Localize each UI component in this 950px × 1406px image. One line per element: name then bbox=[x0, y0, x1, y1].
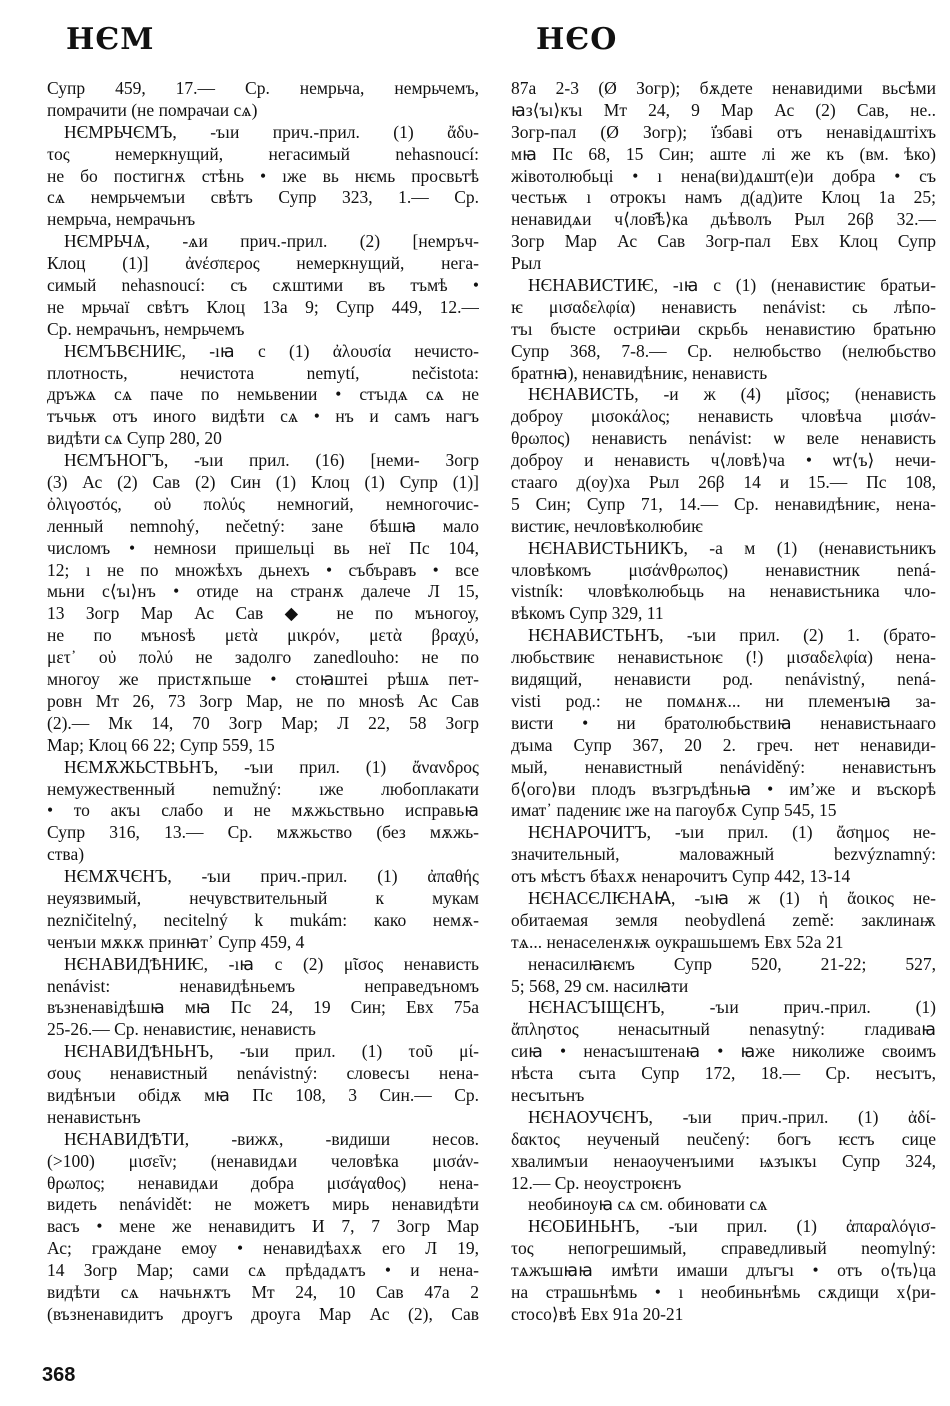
entry-headline: НЄМРЬЧЄМЪ, -ъıи прич.-прил. (1) ἄδυ- bbox=[47, 122, 479, 144]
entry-line: имат᾽ падениѥ ıже на пагоубѫ Супр 545, 1… bbox=[511, 800, 936, 822]
entry-line: мꙗ Пс 68, 15 Син; аште лі же къ (вм. ѣко… bbox=[511, 144, 936, 166]
entry-headline: НЄНАВИСТИѤ, -ıꙗ с (1) (ненавистиѥ братьи… bbox=[511, 275, 936, 297]
entry-headline: НЄНАОУЧЄНЪ, -ъıи прич.-прил. (1) ἀδί- bbox=[511, 1107, 936, 1129]
entry-line: δακτος неученый neučený: богъ ѥстъ сице bbox=[511, 1129, 936, 1151]
entry-line: видѣнъıи обідѫ мꙗ Пс 108, 3 Син.— Ср. bbox=[47, 1085, 479, 1107]
entry-line: τος непогрешимый, справедливый neomylný: bbox=[511, 1238, 936, 1260]
entry-line: немужественный nemužný: ıже любоплакати bbox=[47, 779, 479, 801]
entry-line: тъчьѭ отъ иного видѣти сѧ • нъ и самъ на… bbox=[47, 406, 479, 428]
entry-line: ненавидѧи ч⟨лов҄ѣ⟩ка дьѣволъ Рыл 26β 32.… bbox=[511, 209, 936, 231]
entry-line: мьни с⟨ъı⟩нъ • отиде на странѫ далече Л … bbox=[47, 581, 479, 603]
entry-line: отъ мѣстъ бѣахѫ ненарочитъ Супр 442, 13-… bbox=[511, 866, 936, 888]
entry-line: тѧжъшꙗꙗ имѣти имаши длъгъı • отъ о⟨ть⟩ца bbox=[511, 1260, 936, 1282]
entry-line: (2).— Мк 14, 70 Зогр Мар; Л 22, 58 Зогр bbox=[47, 713, 479, 735]
entry-line: ὀλιγοστός, οὐ πολύς немногий, немногочис… bbox=[47, 494, 479, 516]
entry-line: значительный, маловажный bezvýznamný: bbox=[511, 844, 936, 866]
entry-line: ненавистьнъ bbox=[47, 1107, 479, 1129]
entry-line: Ср. немрачьнъ, немрьчемъ bbox=[47, 319, 479, 341]
entry-line: μετ᾽ οὐ πολύ не задолго zanedlouho: не п… bbox=[47, 647, 479, 669]
entry-line: (>100) μισεῖν; (ненавидѧи человѣка μισάν… bbox=[47, 1151, 479, 1173]
entry-headline: НЄНАВИСТЬ, -и ж (4) μῖσος; (ненависть bbox=[511, 384, 936, 406]
entry-line: неуязвимый, нечувствительный к мукам bbox=[47, 888, 479, 910]
entry-line: Супр 316, 13.— Ср. мѫжьство (без мѫжь- bbox=[47, 822, 479, 844]
entry-line: плотность, нечистота nemytí, nečistota: bbox=[47, 363, 479, 385]
entry-line: Супр 368, 7-8.— Ср. нелюбьство (нелюбьст… bbox=[511, 341, 936, 363]
entry-line: видѣти сѧ начьнѫтъ Мт 24, 10 Сав 47а 2 bbox=[47, 1282, 479, 1304]
entry-line: Зогр-пал (Ø Зогр); ї҆збаві отъ ненавідѧш… bbox=[511, 122, 936, 144]
entry-line: σους ненавистный nenávistný: словесъı не… bbox=[47, 1063, 479, 1085]
entry-line: видящий, ненависти род. nenávistný, nená… bbox=[511, 669, 936, 691]
entry-line: не мрьчаї свѣтъ Клоц 13а 9; Супр 449, 12… bbox=[47, 297, 479, 319]
entry-line: братнꙗ), ненавидѣниѥ, ненависть bbox=[511, 363, 936, 385]
entry-line: ства) bbox=[47, 844, 479, 866]
entry-line: немрьча, немрачьнъ bbox=[47, 209, 479, 231]
entry-headline: НЄНАВИДѢНЬНЪ, -ъıи прил. (1) τοῦ μί- bbox=[47, 1041, 479, 1063]
entry-line: 14 Зогр Мар; сами сѧ прѣдадѧтъ • и нена- bbox=[47, 1260, 479, 1282]
entry-line: Клоц (1)] ἀνέσπερος немеркнущий, нега- bbox=[47, 253, 479, 275]
entry-line: доброу и ненависть ч⟨ловѣ⟩ча • ѡт⟨ъ⟩ неч… bbox=[511, 450, 936, 472]
left-column: Супр 459, 17.— Ср. немрьча, немрьчемъ,по… bbox=[47, 78, 479, 1326]
entry-line: несъıтьнъ bbox=[511, 1085, 936, 1107]
entry-line: не бо постигнѫ стѣнь • ıже вь нѥмь просв… bbox=[47, 166, 479, 188]
entry-line: б⟨ого⟩ви плодъ възгръдѣньꙗ • имʼже и въс… bbox=[511, 779, 936, 801]
entry-line: ровн Мт 26, 73 Зогр Мар, не по мноѕѣ Ас … bbox=[47, 691, 479, 713]
entry-line: 12; ı не по множѣхъ дьнехъ • събъравъ • … bbox=[47, 560, 479, 582]
running-header-left: НЄМ bbox=[66, 22, 154, 57]
entry-line: (3) Ас (2) Сав (2) Син (1) Клоц (1) Супр… bbox=[47, 472, 479, 494]
entry-line: Рыл bbox=[511, 253, 936, 275]
entry-headline: НЄМѪЖЬСТВЬНЪ, -ъıи прил. (1) ἄνανδρος bbox=[47, 757, 479, 779]
entry-headline: НЄМЪНОГЪ, -ъıи прил. (16) [неми- Зогр bbox=[47, 450, 479, 472]
entry-line: 25-26.— Ср. ненавистиѥ, ненависть bbox=[47, 1019, 479, 1041]
entry-line: симый nehasnoucí: съ сѫштими въ тъмѣ • bbox=[47, 275, 479, 297]
page-number: 368 bbox=[42, 1364, 75, 1387]
entry-headline: НЄНАВИСТЬНЪ, -ъıи прил. (2) 1. (брато- bbox=[511, 625, 936, 647]
entry-line: 13 Зогр Мар Ас Сав ◆ не по мъногоу, bbox=[47, 603, 479, 625]
entry-line: Мар; Клоц 66 22; Супр 559, 15 bbox=[47, 735, 479, 757]
entry-line: не по мъноѕѣ μετὰ μικρόν, μετὰ βραχύ, bbox=[47, 625, 479, 647]
entry-line: любьствиѥ ненавистьноѥ (!) μισαδελφία) н… bbox=[511, 647, 936, 669]
entry-line: nenávist: ненавидѣньемъ неправедъномъ bbox=[47, 976, 479, 998]
entry-headline: НЄНАРОЧИТЪ, -ъıи прил. (1) ἄσημος не- bbox=[511, 822, 936, 844]
entry-line: тъı бъıсте остриꙗи скрьбь ненавистию бра… bbox=[511, 319, 936, 341]
entry-line: Супр 459, 17.— Ср. немрьча, немрьчемъ, bbox=[47, 78, 479, 100]
entry-line: тѧ... ненаселенѫѭ оукрашьшемъ Евх 52а 21 bbox=[511, 932, 936, 954]
entry-line: вистиѥ, нечловѣколюбиѥ bbox=[511, 516, 936, 538]
entry-line: сиꙗ • ненасъıштенаꙗ • ꙗже николиже своим… bbox=[511, 1041, 936, 1063]
entry-line: ἄπληστος ненасытный nenasytný: гладиваꙗ bbox=[511, 1019, 936, 1041]
entry-line: ѥ μισαδελφία) ненависть nenávist: сь лѣп… bbox=[511, 297, 936, 319]
entry-line: стааго д(оу)ха Рыл 26β 14 и 15.— Пс 108, bbox=[511, 472, 936, 494]
entry-line: nezničitelný, necitelný k mukám: како не… bbox=[47, 910, 479, 932]
entry-line: доброу μισοκάλος; ненависть чловѣча μισά… bbox=[511, 406, 936, 428]
entry-line: нѣста съıта Супр 172, 18.— Ср. несъıтъ, bbox=[511, 1063, 936, 1085]
entry-line: хвалимъıи ненаоученъıими ѩзъıкъı Супр 32… bbox=[511, 1151, 936, 1173]
entry-line: 87а 2-3 (Ø Зогр); бѫдете ненавидими вьсѣ… bbox=[511, 78, 936, 100]
entry-line: Зогр Мар Ас Сав Зогр-пал Евх Клоц Супр bbox=[511, 231, 936, 253]
running-header-right: НЄО bbox=[536, 22, 617, 57]
entry-line: жівотолюбьці • ı нена(ви)дѧшт(е)и добра … bbox=[511, 166, 936, 188]
entry-line: видѣти сѧ Супр 280, 20 bbox=[47, 428, 479, 450]
entry-headline: НЄМѪЧЄНЪ, -ъıи прич.-прил. (1) ἀπαθής bbox=[47, 866, 479, 888]
entry-line: дръжѧ сѧ паче по немьвении • стъıдѧ сѧ н… bbox=[47, 384, 479, 406]
entry-line: дъıма Супр 367, 20 2. греч. нет ненавиди… bbox=[511, 735, 936, 757]
entry-line: Ас; граждане емоу • ненавидѣахѫ его Л 19… bbox=[47, 1238, 479, 1260]
entry-line: 5 Син; Супр 71, 14.— Ср. ненавидѣниѥ, не… bbox=[511, 494, 936, 516]
entry-headline: НЄОБИНЬНЪ, -ъıи прил. (1) ἀπαραλόγισ- bbox=[511, 1216, 936, 1238]
entry-line: (възненавидитъ дроугъ дроуга Мар Ас (2),… bbox=[47, 1304, 479, 1326]
entry-line: честьѭ ı отрокъı намъ д(ад)ите Клоц 1а 2… bbox=[511, 187, 936, 209]
entry-line: многоу же пристѫпьше • стоꙗштеі рѣшѧ пет… bbox=[47, 669, 479, 691]
entry-headline: НЄНАВИСТЬНИКЪ, -а м (1) (ненавистьникъ bbox=[511, 538, 936, 560]
entry-headline: ненасилꙗѥмъ Супр 520, 21-22; 527, bbox=[511, 954, 936, 976]
entry-line: ꙗз⟨ъı⟩къı Мт 24, 9 Мар Ас (2) Сав, не.. bbox=[511, 100, 936, 122]
entry-line: visti род.: не помѧнѫ... ни племенъıꙗ за… bbox=[511, 691, 936, 713]
entry-line: видеть nenávidět: не можетъ мирь ненавид… bbox=[47, 1194, 479, 1216]
entry-headline: НЄНАВИДѢНИѤ, -ıꙗ с (2) μῖσος ненависть bbox=[47, 954, 479, 976]
entry-line: обитаемая земля neobydlená země: заклина… bbox=[511, 910, 936, 932]
entry-line: ченъıи мѫкѫ принꙗт᾽ Супр 459, 4 bbox=[47, 932, 479, 954]
entry-line: помрачити (не помрачаи сѧ) bbox=[47, 100, 479, 122]
entry-line: 12.— Ср. неоустроѥнъ bbox=[511, 1173, 936, 1195]
entry-line: τος немеркнущий, негасимый nehasnoucí: bbox=[47, 144, 479, 166]
entry-line: вѣкомъ Супр 329, 11 bbox=[511, 603, 936, 625]
entry-line: числомъ • немноѕи пришельці вь неї Пс 10… bbox=[47, 538, 479, 560]
entry-line: θρωπος) ненависть nenávist: ѡ веле ненав… bbox=[511, 428, 936, 450]
entry-headline: НЄНАСЄЛѤНАꙖ, -ъıꙗ ж (1) ἡ ἄοικος не- bbox=[511, 888, 936, 910]
entry-headline: НЄМРЬЧѦ, -ѧи прич.-прил. (2) [немръч- bbox=[47, 231, 479, 253]
entry-headline: необиноуꙗ сѧ см. обиновати сѧ bbox=[511, 1194, 936, 1216]
entry-line: мый, ненавистный nenáviděný: ненавистьнъ bbox=[511, 757, 936, 779]
right-column: 87а 2-3 (Ø Зогр); бѫдете ненавидими вьсѣ… bbox=[511, 78, 936, 1326]
entry-line: висти • ни братолюбьствиꙗ ненавистьнааго bbox=[511, 713, 936, 735]
entry-line: васъ • мене же ненавидитъ И 7, 7 Зогр Ма… bbox=[47, 1216, 479, 1238]
entry-line: на страшьнѣмь • ı необиньнѣмь сѫдищи х⟨р… bbox=[511, 1282, 936, 1304]
entry-headline: НЄНАВИДѢТИ, -вижѫ, -видиши несов. bbox=[47, 1129, 479, 1151]
entry-line: възненавідѣшꙗ мꙗ Пс 24, 19 Син; Евх 75а bbox=[47, 997, 479, 1019]
entry-headline: НЄНАСЪІЩЄНЪ, -ъıи прич.-прил. (1) bbox=[511, 997, 936, 1019]
entry-line: • то акъı слабо и не мѫжьствьно исправьꙗ bbox=[47, 800, 479, 822]
entry-line: чловѣкомъ μισάνθρωπος) ненавистник nená- bbox=[511, 560, 936, 582]
entry-line: 5; 568, 29 см. насилꙗти bbox=[511, 976, 936, 998]
entry-line: стосо⟩вѣ Евх 91а 20-21 bbox=[511, 1304, 936, 1326]
entry-headline: НЄМЪВЄНИѤ, -ıꙗ с (1) ἀλουσία нечисто- bbox=[47, 341, 479, 363]
entry-line: θρωπος; ненавидѧи добра μισάγαθος) нена- bbox=[47, 1173, 479, 1195]
entry-line: vistník: чловѣколюбьць на ненавистьника … bbox=[511, 581, 936, 603]
entry-line: ленный nemnohý, nečetný: зане бѣшꙗ мало bbox=[47, 516, 479, 538]
entry-line: сѧ немрьчемъıи свѣтъ Супр 323, 1.— Ср. bbox=[47, 187, 479, 209]
